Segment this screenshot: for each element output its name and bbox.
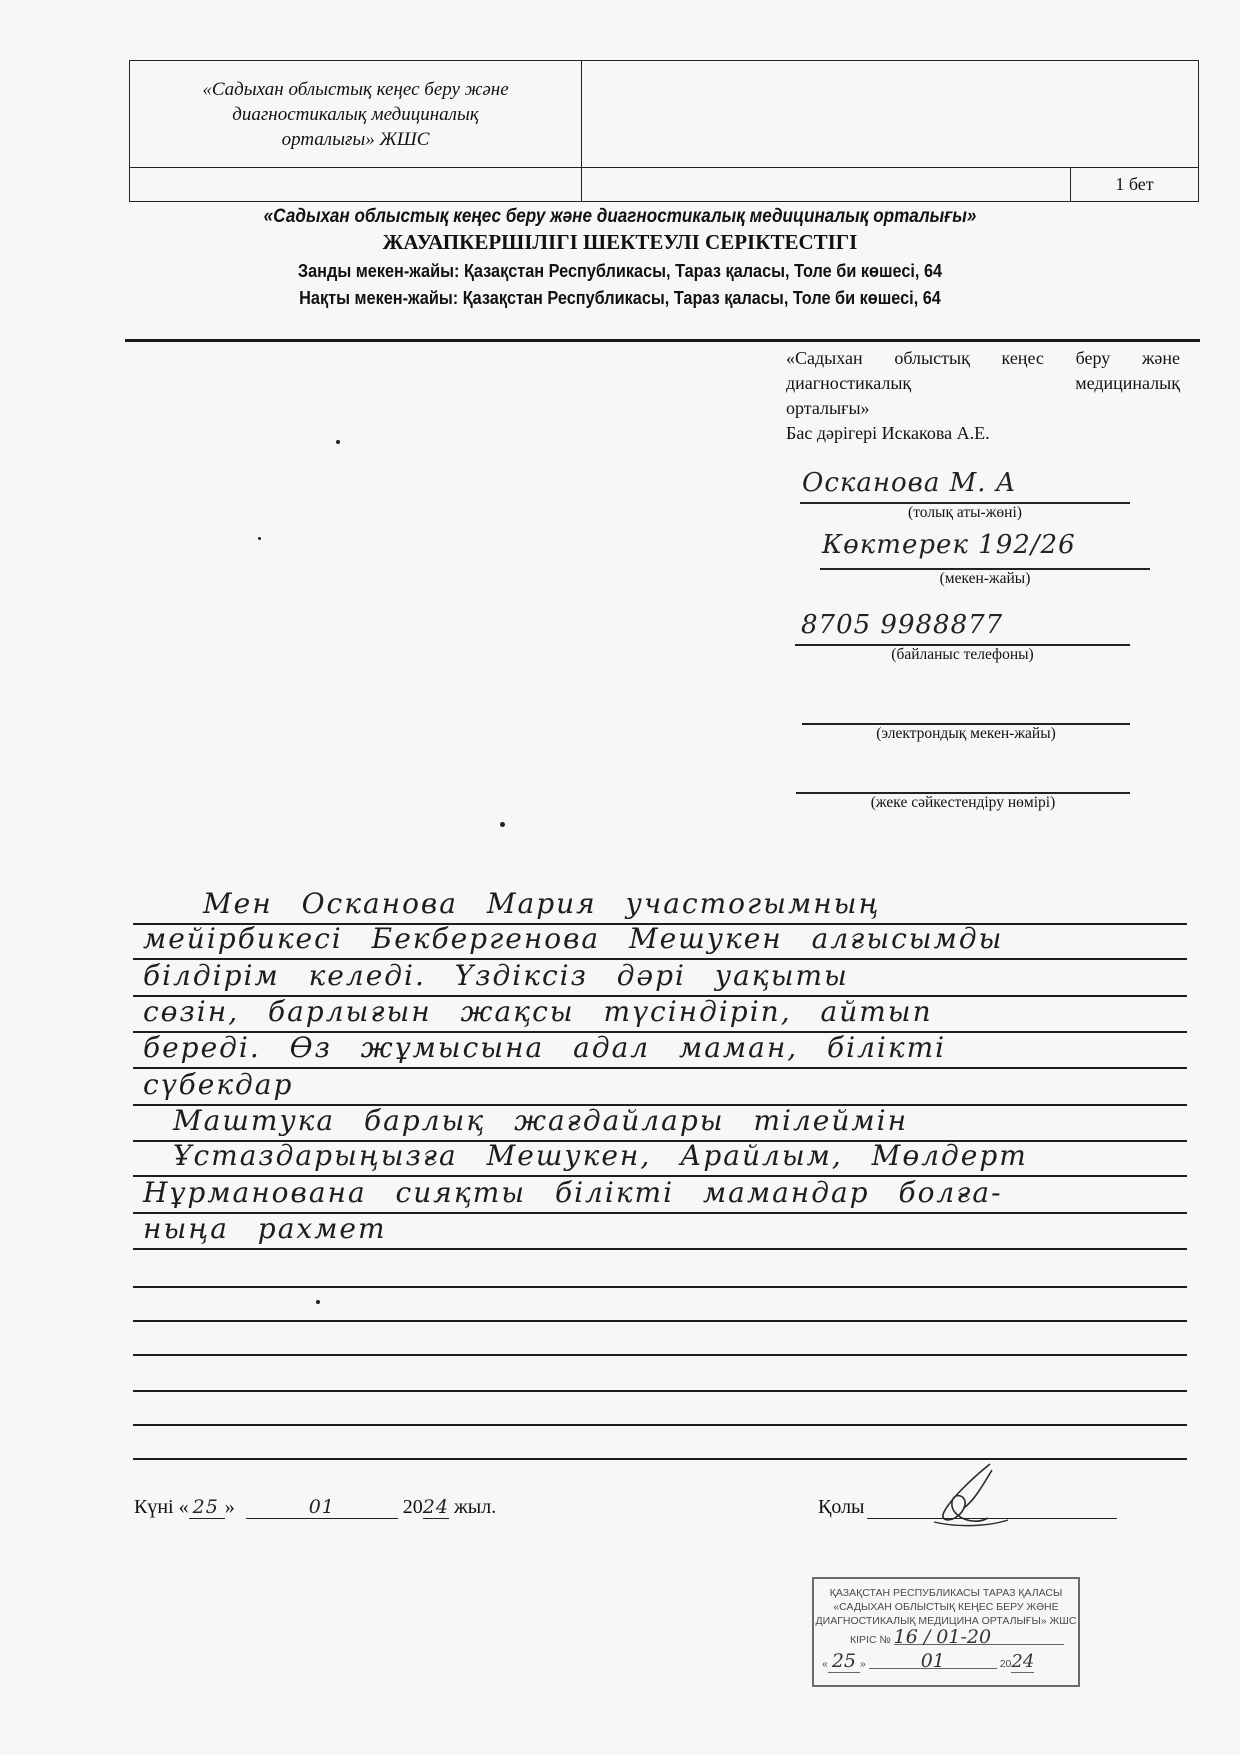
stamp-line: «САДЫХАН ОБЛЫСТЫҚ КЕҢЕС БЕРУ ЖӘНЕ [814, 1600, 1078, 1614]
phone-value: 8705 9988877 [795, 610, 1130, 644]
date-label: Күні « [134, 1496, 189, 1518]
addressee-block: «Садыхан облыстық кеңес беру және диагно… [786, 346, 1180, 446]
header-org-cell: «Садыхан облыстық кеңес беру және диагно… [130, 61, 582, 168]
page-number: 1 бет [1071, 168, 1199, 202]
addressee-line: орталығы» [786, 396, 1180, 421]
header-empty-cell [582, 61, 1199, 168]
address-value: Көктерек 192/26 [820, 530, 1150, 568]
letter-line: Ұстаздарыңызға Мешукен, Арайлым, Мөлдерт [173, 1139, 1028, 1172]
field-caption: (толық аты-жөні) [800, 504, 1130, 522]
scan-speck [258, 537, 261, 540]
letter-line: білдірім келеді. Үздіксіз дәрі уақыты [143, 959, 849, 992]
stamp-month: 01 [869, 1654, 997, 1669]
letter-line: Маштука барлық жағдайлары тілеймін [173, 1104, 908, 1137]
date-day[interactable]: 25 [189, 1496, 225, 1519]
stamp-year-prefix: 20 [1000, 1658, 1012, 1670]
legal-address: Занды мекен-жайы: Қазақстан Республикасы… [74, 260, 1165, 282]
scan-speck [336, 440, 340, 444]
scan-speck [316, 1300, 320, 1304]
sender-email-field[interactable]: (электрондық мекен-жайы) [802, 690, 1130, 743]
header-org-line: «Садыхан облыстық кеңес беру және [148, 77, 563, 102]
date-year[interactable]: 24 [423, 1496, 449, 1519]
stamp-line: ҚАЗАҚСТАН РЕСПУБЛИКАСЫ ТАРАЗ ҚАЛАСЫ [814, 1586, 1078, 1600]
registration-stamp: ҚАЗАҚСТАН РЕСПУБЛИКАСЫ ТАРАЗ ҚАЛАСЫ «САД… [812, 1577, 1080, 1687]
letter-line: ныңа рахмет [143, 1212, 387, 1245]
header-empty-cell [582, 168, 1071, 202]
date-row: Күні «25» 01 2024 жыл. [134, 1496, 496, 1519]
ruled-line [133, 1320, 1187, 1322]
header-table: «Садыхан облыстық кеңес беру және диагно… [129, 60, 1199, 202]
sender-iin-field[interactable]: (жеке сәйкестендіру нөмірі) [796, 758, 1130, 812]
letterhead-org-name: «Садыхан облыстық кеңес беру және диагно… [62, 206, 1178, 228]
field-caption: (электрондық мекен-жайы) [802, 725, 1130, 743]
fullname-value: Осканова М. А [800, 468, 1130, 502]
stamp-year: 24 [1011, 1651, 1034, 1673]
letter-line: береді. Өз жұмысына адал маман, білікті [143, 1031, 946, 1064]
letter-line: мейірбикесі Бекбергенова Мешукен алғысым… [143, 922, 1003, 955]
ruled-line [133, 1458, 1187, 1460]
letter-line: сүбекдар [143, 1068, 293, 1101]
stamp-incoming-number: 16 / 01-20 [894, 1630, 1064, 1645]
email-value [802, 690, 1130, 723]
stamp-day: 25 [828, 1650, 860, 1673]
letter-line: Мен Осканова Мария участогымның [203, 887, 880, 920]
year-word: жыл. [454, 1496, 496, 1518]
date-quote: » [225, 1496, 235, 1518]
signature-icon [930, 1460, 1010, 1532]
field-caption: (жеке сәйкестендіру нөмірі) [796, 794, 1130, 812]
ruled-line [133, 1390, 1187, 1392]
ruled-line [133, 1354, 1187, 1356]
signature-label: Қолы [818, 1496, 865, 1518]
scan-speck [500, 822, 505, 827]
letter-line: Нұрманована сияқты білікті мамандар болғ… [143, 1176, 1003, 1209]
addressee-line: «Садыхан облыстық кеңес беру және [786, 346, 1180, 371]
header-org-line: орталығы» ЖШС [148, 127, 563, 152]
sender-address-field[interactable]: Көктерек 192/26 (мекен-жайы) [820, 530, 1150, 588]
addressee-line: диагностикалық медициналық [786, 371, 1180, 396]
ruled-line [133, 1424, 1187, 1426]
sender-phone-field[interactable]: 8705 9988877 (байланыс телефоны) [795, 610, 1130, 664]
addressee-title: Бас дәрігері Искакова А.Е. [786, 421, 1180, 446]
field-caption: (мекен-жайы) [820, 570, 1150, 588]
sender-fullname-field[interactable]: Осканова М. А (толық аты-жөні) [800, 468, 1130, 522]
letterhead-divider [125, 339, 1200, 342]
field-caption: (байланыс телефоны) [795, 646, 1130, 664]
stamp-incoming-label: КІРІС № [850, 1634, 891, 1646]
year-prefix: 20 [403, 1496, 423, 1518]
header-org-line: диагностикалық медициналық [148, 102, 563, 127]
letterhead-org-type: ЖАУАПКЕРШІЛІГІ ШЕКТЕУЛІ СЕРІКТЕСТІГІ [0, 230, 1240, 255]
date-month[interactable]: 01 [246, 1496, 398, 1519]
iin-value [796, 758, 1130, 792]
ruled-line [133, 1248, 1187, 1250]
actual-address: Нақты мекен-жайы: Қазақстан Республикасы… [74, 287, 1165, 309]
header-empty-cell [130, 168, 582, 202]
ruled-line [133, 1286, 1187, 1288]
letter-line: сөзін, барлығын жақсы түсіндіріп, айтып [143, 995, 933, 1028]
